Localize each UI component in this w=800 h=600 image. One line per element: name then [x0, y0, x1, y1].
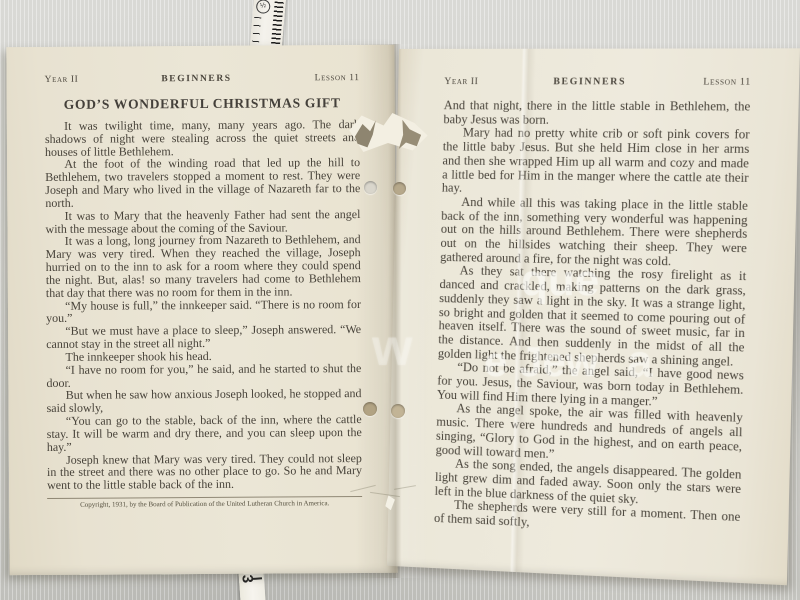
booklet-page-left: Year II BEGINNERS Lesson 11 GOD’S WONDER… — [6, 45, 397, 575]
header-lesson: Lesson 11 — [703, 77, 751, 87]
header-department: BEGINNERS — [161, 74, 231, 84]
small-tear-flap — [385, 495, 397, 511]
paragraph: As they sat there watching the rosy fire… — [438, 264, 747, 369]
tape-circled-mark: ½ — [255, 0, 271, 15]
paragraph: “You can go to the stable, back of the i… — [47, 413, 362, 453]
measuring-tape-top: ½ — [250, 0, 287, 51]
paragraph: And while all this was taking place in t… — [440, 196, 748, 271]
punch-hole — [391, 404, 405, 418]
punch-hole — [363, 402, 377, 416]
torn-hole — [344, 108, 432, 158]
punch-hole — [364, 181, 377, 194]
crease-line — [350, 485, 375, 492]
left-page-body: It was twilight time, many, many years a… — [45, 118, 362, 492]
paragraph: “But we must have a place to sleep,” Jos… — [46, 323, 361, 351]
paragraph: Mary had no pretty white crib or soft pi… — [442, 127, 750, 200]
paragraph: “My house is full,” the innkeeper said. … — [46, 298, 361, 326]
paragraph: But when he saw how anxious Joseph looke… — [46, 387, 361, 415]
photo-of-open-booklet: ½ 3 Year II BEGINNERS Lesson 11 GOD’S WO… — [0, 0, 800, 600]
paragraph: It was a long, long journey from Nazaret… — [46, 233, 361, 299]
tape-circled-mark-text: ½ — [260, 2, 267, 10]
tape-tick-mark — [253, 577, 262, 579]
paragraph: It was to Mary that the heavenly Father … — [45, 208, 360, 236]
header-lesson: Lesson 11 — [315, 73, 360, 83]
tape-tick-marks — [252, 17, 262, 47]
crease-line — [370, 492, 400, 497]
right-page-body: And that night, there in the little stab… — [434, 99, 751, 539]
paragraph: At the foot of the winding road that led… — [45, 157, 360, 210]
tape-tick-marks — [270, 0, 284, 51]
booklet-page-right: Year II BEGINNERS Lesson 11 And that nig… — [387, 48, 800, 585]
paragraph: And that night, there in the little stab… — [443, 99, 750, 128]
left-page-content: Year II BEGINNERS Lesson 11 GOD’S WONDER… — [45, 73, 363, 509]
header-department: BEGINNERS — [553, 77, 626, 87]
punch-hole — [393, 182, 406, 195]
lesson-title: GOD’S WONDERFUL CHRISTMAS GIFT — [45, 95, 360, 113]
crease-line — [394, 485, 416, 490]
header-year: Year II — [45, 75, 79, 85]
right-page-content: Year II BEGINNERS Lesson 11 And that nig… — [434, 77, 751, 539]
copyright-line: Copyright, 1931, by the Board of Publica… — [47, 496, 362, 509]
right-page-header: Year II BEGINNERS Lesson 11 — [444, 77, 751, 88]
header-year: Year II — [444, 77, 478, 87]
left-page-header: Year II BEGINNERS Lesson 11 — [45, 73, 360, 85]
fold-wear — [348, 480, 424, 512]
paragraph: Joseph knew that Mary was very tired. Th… — [47, 452, 362, 492]
paragraph: It was twilight time, many, many years a… — [45, 118, 360, 158]
paragraph: “I have no room for you,” he said, and h… — [46, 362, 361, 390]
